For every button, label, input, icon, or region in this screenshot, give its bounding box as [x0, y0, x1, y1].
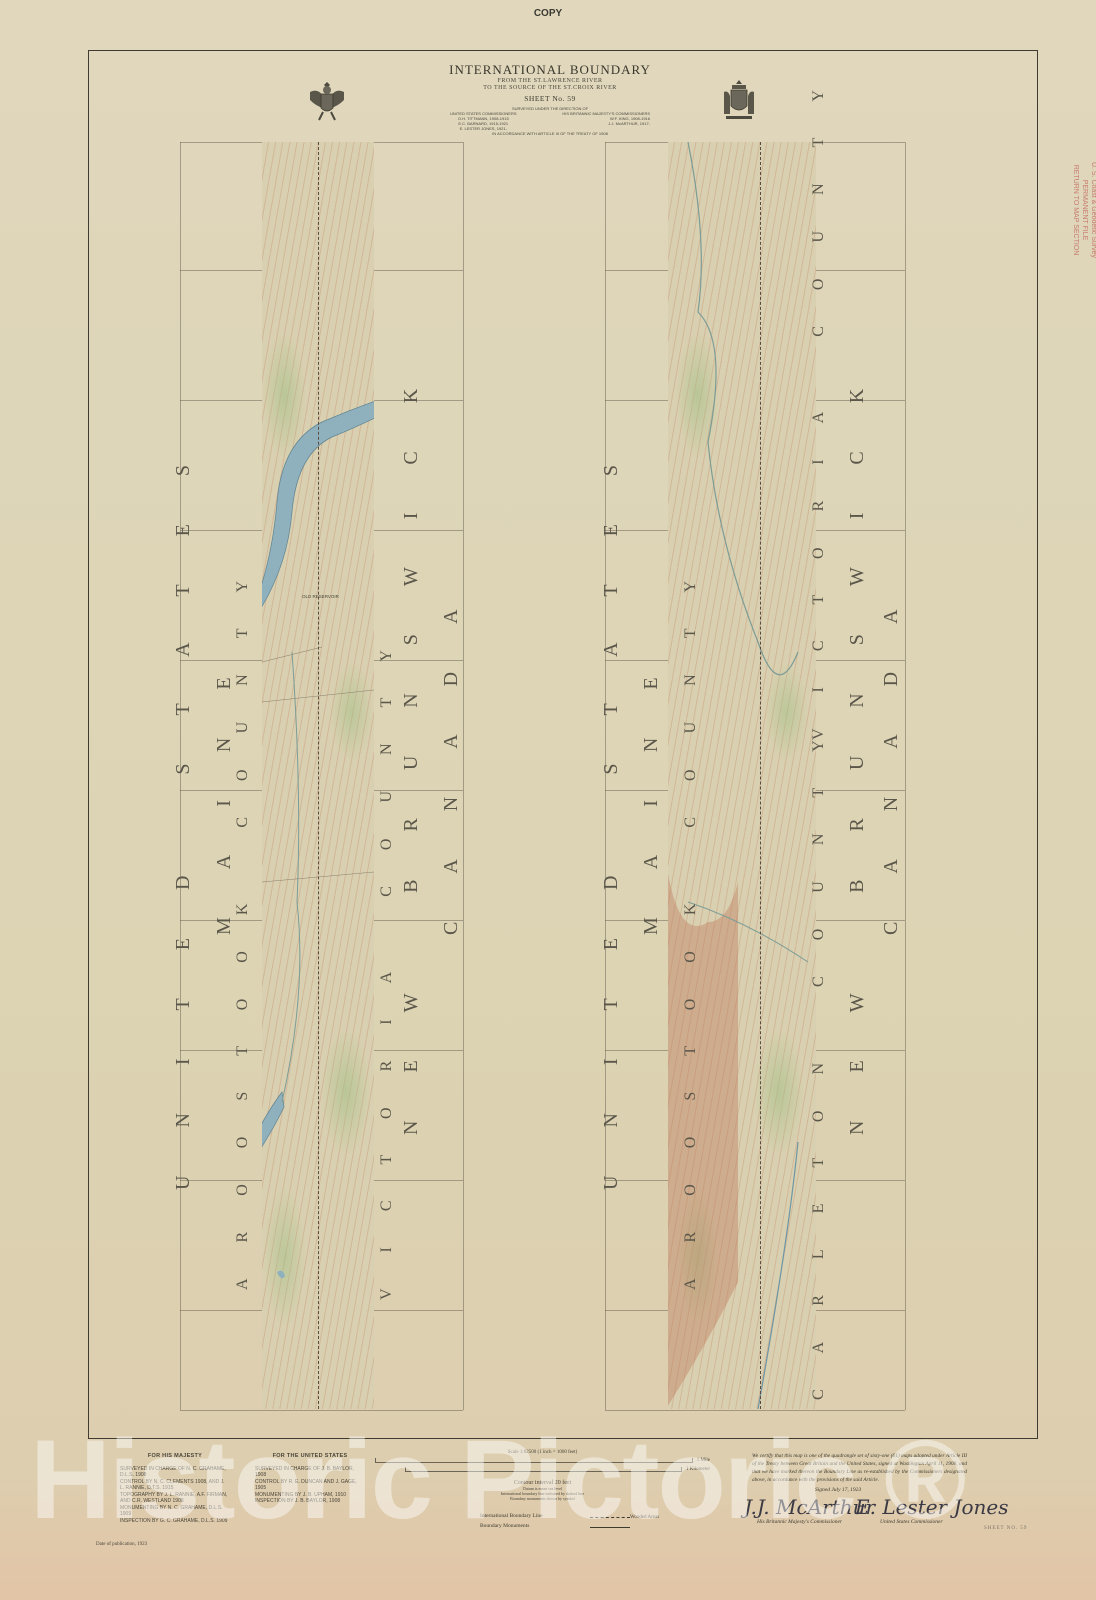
title-block: INTERNATIONAL BOUNDARY FROM THE ST.LAWRE… [380, 62, 720, 136]
label-victoria-county-right: VICTORIA COUNTY [810, 54, 828, 740]
commissioners: UNITED STATES COMMISSIONERS O.H. TITTMAN… [450, 111, 650, 131]
label-carleton-county-right: CARLETON COUNTY [810, 704, 828, 1400]
graticule-line [905, 142, 906, 1410]
canada-coat-of-arms-icon [720, 78, 758, 122]
label-canada-right: CANADA [880, 561, 903, 935]
label-maine-left: MAINE [213, 629, 236, 935]
sheet-number: SHEET No. 59 [380, 94, 720, 103]
subtitle-from: FROM THE ST.LAWRENCE RIVER [380, 78, 720, 85]
subtitle-to: TO THE SOURCE OF THE ST.CROIX RIVER [380, 85, 720, 92]
label-aroostook-county-left: AROOSTOOK COUNTY [234, 545, 252, 1290]
label-new-brunswick-left: NEW BRUNSWICK [400, 341, 423, 1135]
map-title: INTERNATIONAL BOUNDARY [380, 62, 720, 78]
treaty-note: IN ACCORDANCE WITH ARTICLE III OF THE TR… [380, 131, 720, 136]
label-united-states-left: UNITED STATES [172, 417, 195, 1190]
stamp-line-1: U. S. Coast & Geodetic Survey [1089, 135, 1096, 285]
international-boundary-line-left [318, 142, 319, 1409]
stamp-line-2: PERMANENT FILE [1080, 135, 1089, 285]
british-commissioner: J.J. McARTHUR, 1917- [562, 121, 650, 126]
graticule-line [180, 1410, 463, 1411]
watermark: Historic Pictoric ® [30, 1415, 1090, 1544]
stamp-line-3: RETURN TO MAP SECTION [1071, 135, 1080, 285]
label-aroostook-county-right: AROOSTOOK COUNTY [682, 545, 700, 1290]
label-canada-left: CANADA [440, 561, 463, 935]
graticule-line [605, 1410, 905, 1411]
place-label-old-reservoir: OLD RESERVOIR [302, 594, 339, 599]
label-united-states-right: UNITED STATES [600, 417, 623, 1190]
label-new-brunswick-right: NEW BRUNSWICK [846, 341, 869, 1135]
copy-label: COPY [0, 8, 1096, 19]
us-eagle-seal-icon [308, 78, 346, 122]
graticule-line [463, 142, 464, 1410]
label-maine-right: MAINE [640, 629, 663, 935]
international-boundary-line-right [760, 142, 761, 1409]
surveyed-under: SURVEYED UNDER THE DIRECTION OF [380, 106, 720, 111]
label-victoria-county-left: VICTORIA COUNTY [378, 614, 396, 1300]
permanent-file-stamp: U. S. Coast & Geodetic Survey PERMANENT … [940, 115, 1040, 185]
